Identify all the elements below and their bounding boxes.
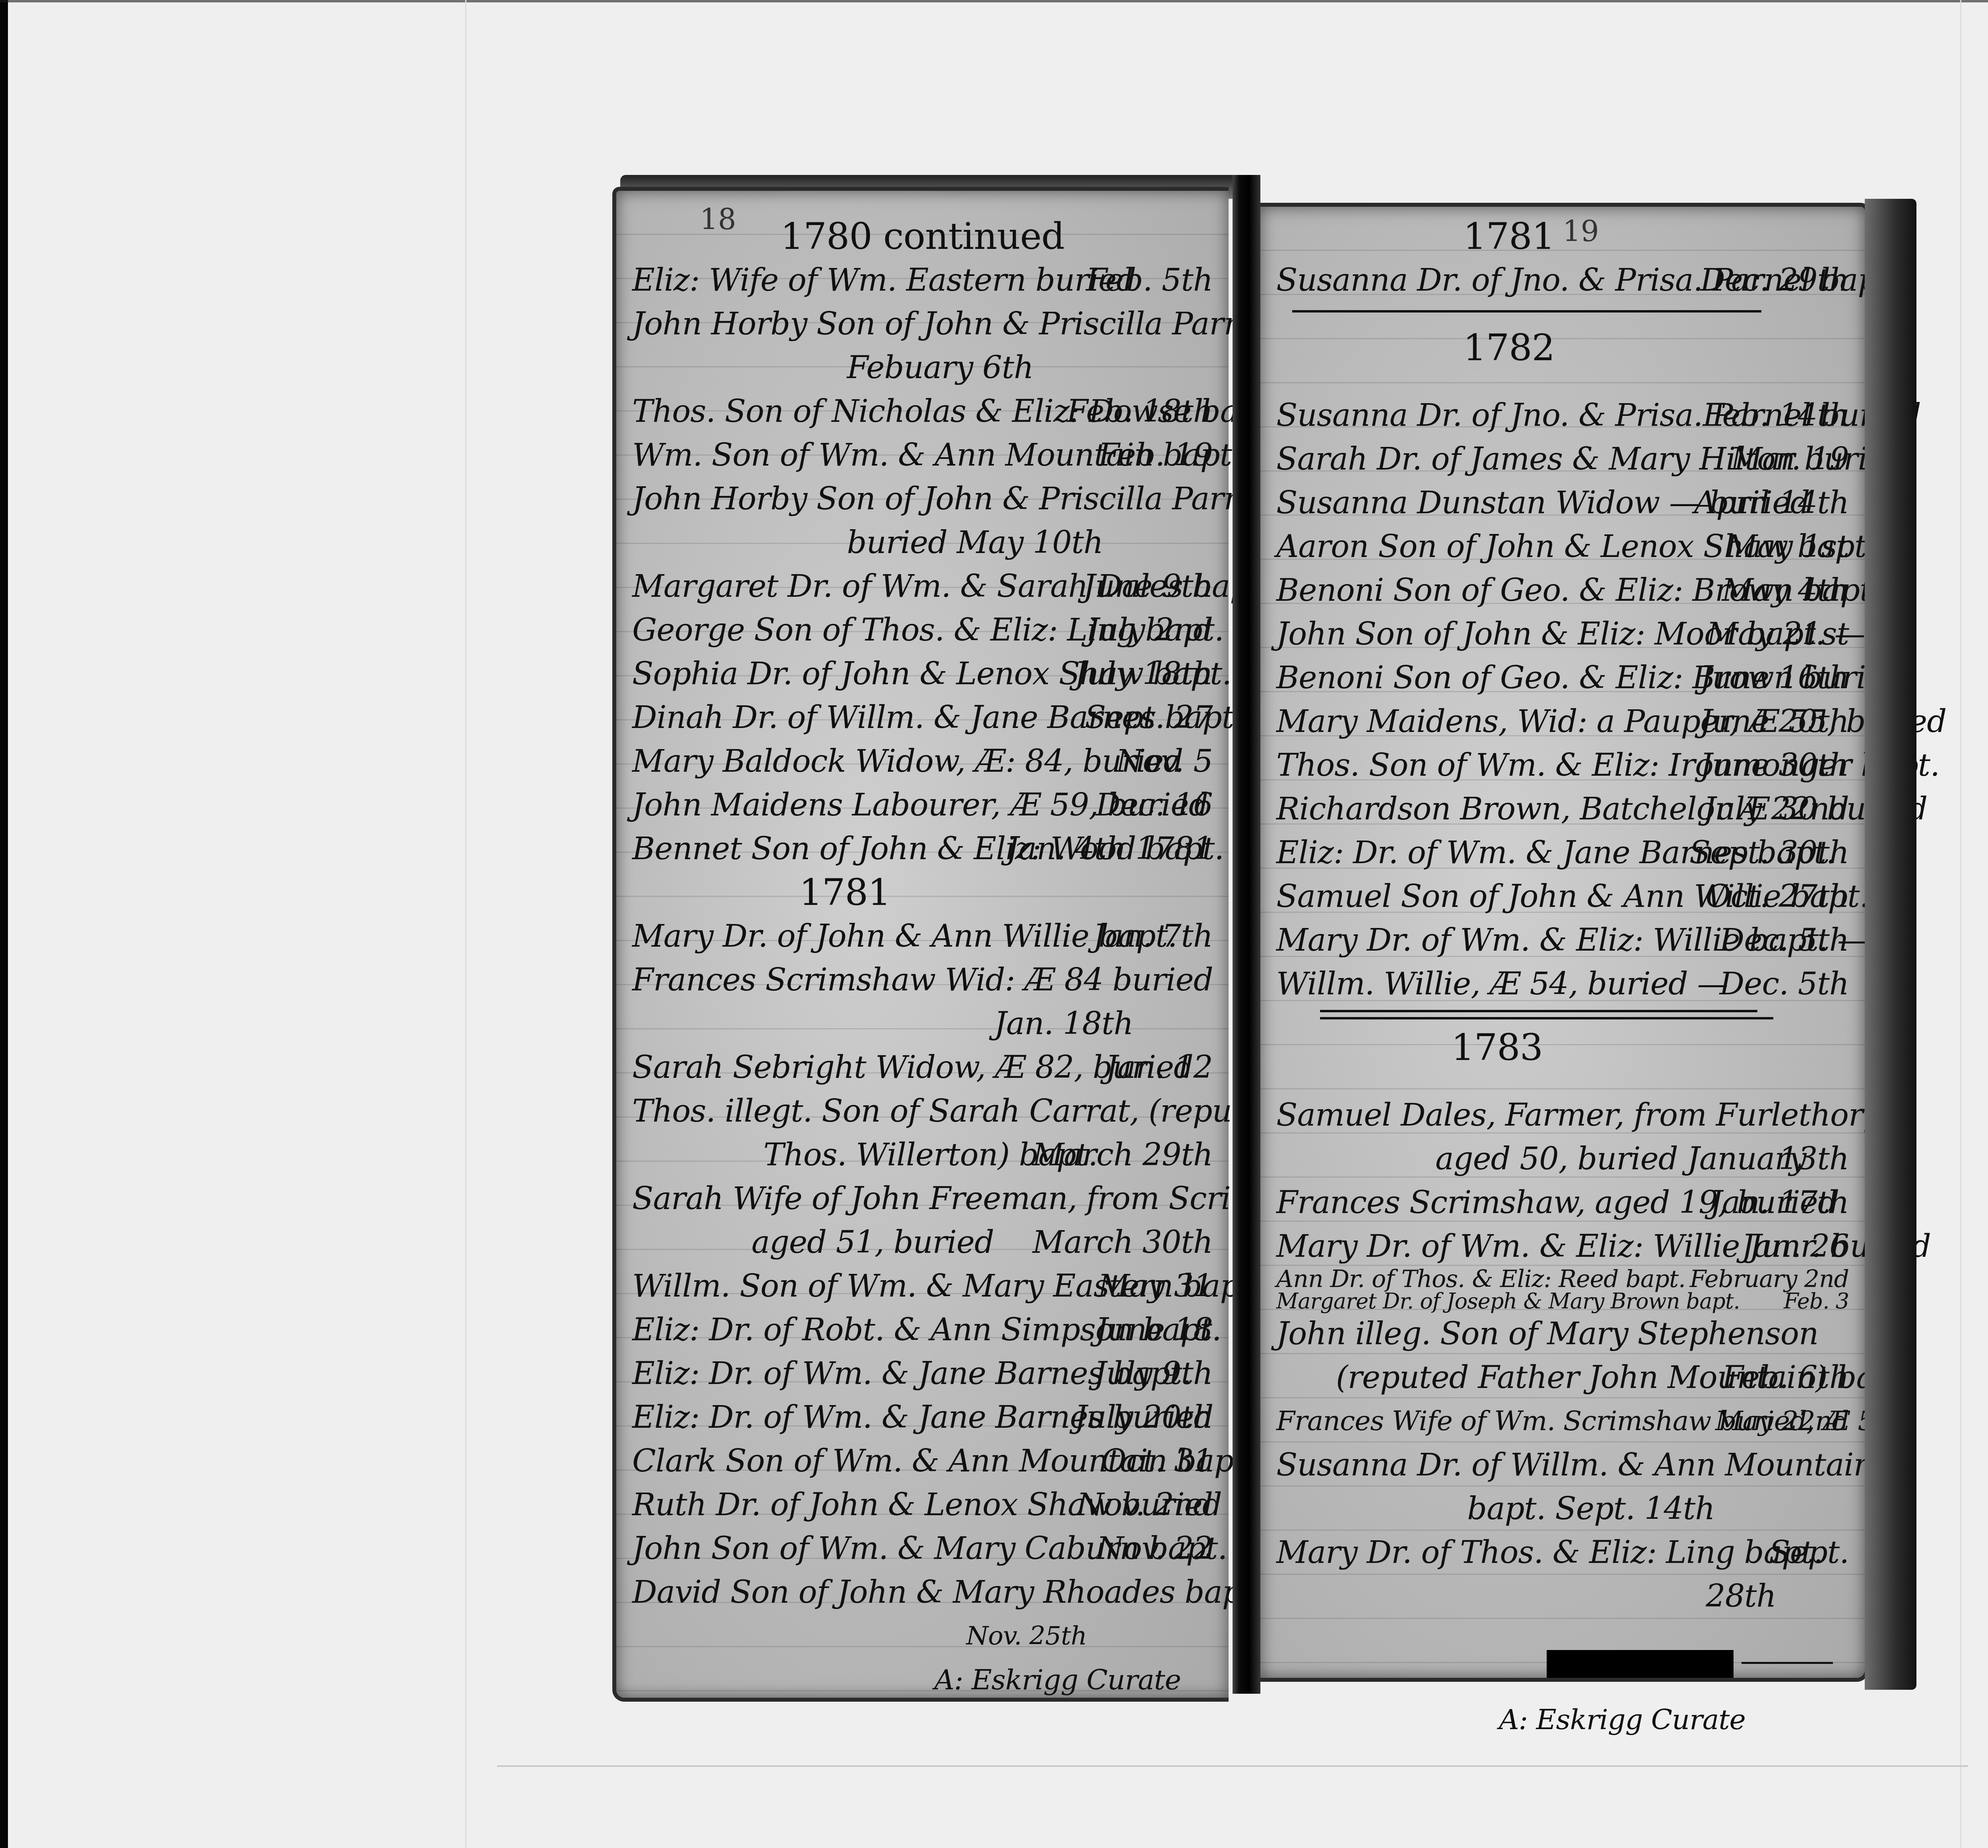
entry-text: Mary Baldock Widow, Æ: 84, buried [632,740,1183,783]
entry-continuation: aged 51, buried [751,1221,994,1264]
year-heading: 1781 [1463,215,1555,258]
entry-date: May 22nd [1715,1400,1849,1443]
scan-border-top [0,0,1988,2]
entry-date: July 2nd [1087,608,1213,652]
entry-text-interlined: Margaret Dr. of Joseph & Mary Brown bapt… [1276,1290,1740,1312]
right-page-entries: 1781 Susanna Dr. of Jno. & Prisa. Parnel… [1276,215,1849,1741]
flourish-line [1741,1662,1833,1664]
entry-date: Feb. 6th [1722,1356,1849,1400]
entry-date: July 22nd [1703,787,1849,831]
entry-date: Sept. 30th [1689,831,1849,875]
entry-date: Feb. 14th [1703,394,1849,437]
entry-text: Mary Dr. of Thos. & Eliz: Ling bapt. [1276,1531,1823,1574]
entry-date: Nov. 2nd [1077,1483,1213,1527]
entry-continuation: buried May 10th [847,521,1103,565]
entry-date: June 20th [1700,700,1849,743]
entry-date: June 30th [1700,743,1849,787]
curate-signature: A: Eskrigg Curate [934,1658,1181,1702]
year-heading: 1782 [1463,326,1555,370]
left-page: 18 1780 continued Eliz: Wife of Wm. East… [612,187,1229,1702]
entry-date: Jan. 7th [1093,914,1213,958]
entry-text: Samuel Dales, Farmer, from Furlethorpe [1276,1093,1900,1137]
entry-date: May 31 [1098,1264,1213,1308]
book-cover-right-edge [1865,199,1916,1690]
frame-line-right [1960,0,1961,1848]
section-divider [1292,310,1761,313]
entry-date: Dec. 5th [1720,918,1849,962]
entry-continuation: Nov. 25th [966,1614,1087,1658]
entry-text: John illeg. Son of Mary Stephenson [1276,1312,1818,1356]
entry-date: Sept. [1769,1531,1849,1574]
entry-continuation: Febuary 6th [847,346,1033,390]
entry-date: June 9th [1083,565,1213,608]
entry-continuation: bapt. Sept. 14th [1467,1487,1715,1531]
entry-text: Sarah Wife of John Freeman, from Scrimby [632,1177,1296,1221]
entry-date: March 29th [1033,1133,1213,1177]
entry-text: Eliz: Wife of Wm. Eastern buried [632,258,1136,302]
entry-date: Oct. 27th [1706,875,1849,918]
entry-date: Dec. 5th [1720,962,1849,1006]
year-heading: 1780 continued [780,215,1064,258]
entry-date: Sept. 27 [1085,696,1213,740]
entry-date: Dec. 16 [1096,783,1213,827]
entry-date: May 1st [1726,525,1849,569]
entry-date: Feb. 18th [1067,390,1213,433]
entry-date: Nov. 22 [1097,1527,1213,1570]
entry-date: Mar. 19 [1731,437,1849,481]
entry-text: John Horby Son of John & Priscilla Parne… [632,477,1271,521]
entry-date: Feb. 5th [1086,258,1213,302]
year-heading: 1781 [799,871,891,914]
left-page-entries: 1780 continued Eliz: Wife of Wm. Eastern… [632,215,1213,1702]
entry-date: Jan. 12 [1105,1046,1213,1089]
entry-text: Susanna Dr. of Willm. & Ann Mountain [1276,1443,1873,1487]
entry-date: May 4th [1722,569,1849,612]
entry-date: June 16th [1700,656,1849,700]
entry-text: David Son of John & Mary Rhoades bapt. [632,1570,1263,1614]
ink-blot [1547,1650,1734,1678]
entry-date: Feb. 3 [1784,1290,1849,1312]
entry-date: Feb. 19 [1098,433,1213,477]
entry-date: July 20th [1075,1396,1213,1439]
entry-date: Oct. 31 [1101,1439,1213,1483]
section-divider [1320,1010,1757,1012]
year-heading: 1783 [1451,1026,1543,1070]
curate-signature: A: Eskrigg Curate [1499,1698,1745,1741]
entry-date: Jan. 4th 1781 [1006,827,1213,871]
scan-border-left [0,0,8,1848]
entry-continuation: aged 50, buried January [1435,1137,1806,1181]
register-book: 18 1780 continued Eliz: Wife of Wm. East… [612,175,1920,1726]
entry-date: May 21st [1706,612,1849,656]
section-divider [1320,1017,1773,1019]
right-page: 19 1781 Susanna Dr. of Jno. & Prisa. Par… [1260,203,1869,1682]
frame-line-bottom [497,1765,1968,1767]
entry-text: Ann Dr. of Thos. & Eliz: Reed bapt. [1276,1268,1685,1290]
entry-date: Nov. 5 [1116,740,1213,783]
entry-date: Jan. 17th [1710,1181,1849,1225]
entry-date: March 30th [1033,1221,1213,1264]
entry-date: July 9th [1094,1352,1213,1396]
book-spine [1233,175,1260,1694]
entry-date: June 18 [1095,1308,1213,1352]
entry-date: July 18th [1075,652,1213,696]
entry-date: February 2nd [1690,1268,1849,1290]
entry-date: Dec. 29th [1700,258,1849,302]
entry-text: Frances Scrimshaw Wid: Æ 84 buried [632,958,1213,1002]
frame-line-left [465,0,466,1848]
entry-date: 13th [1778,1137,1849,1181]
entry-continuation: 28th [1706,1574,1776,1618]
entry-date: Jan. 26 [1741,1225,1849,1268]
entry-date: April 14th [1694,481,1849,525]
entry-continuation: Jan. 18th [994,1002,1133,1046]
entry-text: Willm. Willie, Æ 54, buried — [1276,962,1728,1006]
